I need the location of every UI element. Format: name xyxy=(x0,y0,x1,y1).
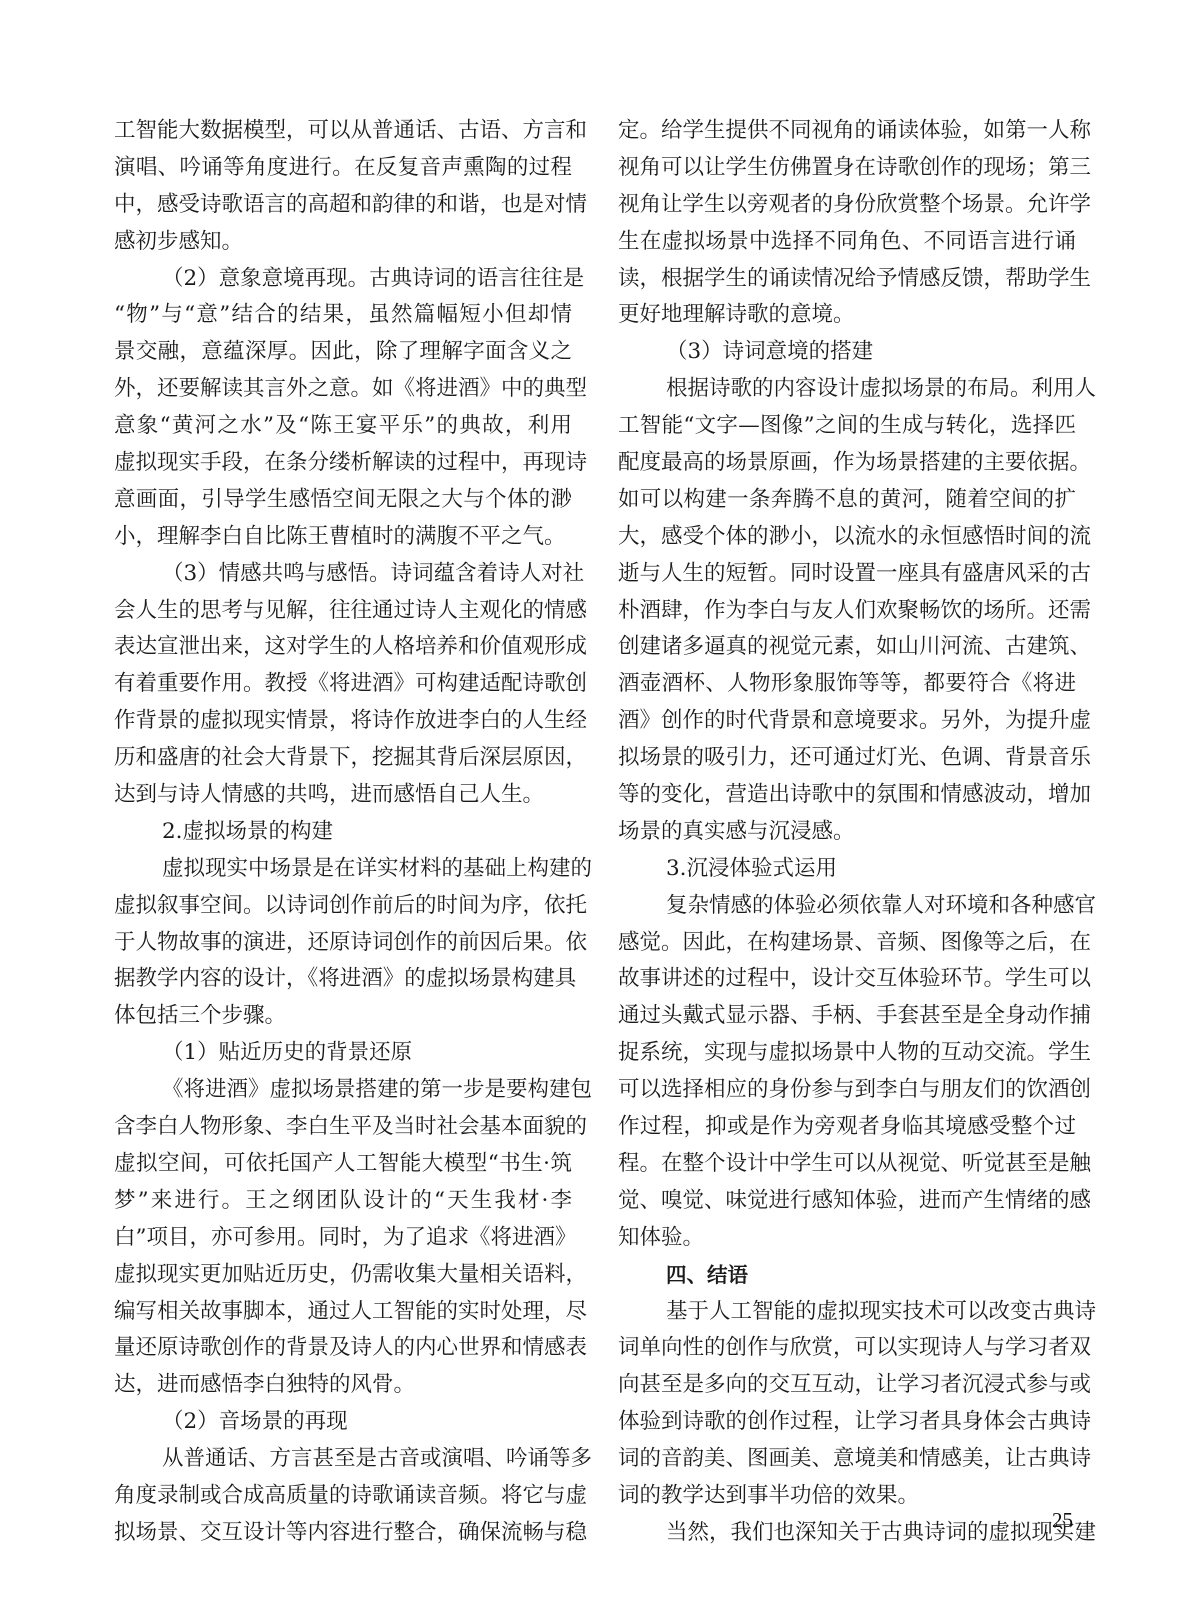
text-line: 可以选择相应的身份参与到李白与朋友们的饮酒创 xyxy=(618,1072,1076,1109)
text-line: 白”项目，亦可参用。同时，为了追求《将进酒》 xyxy=(114,1220,572,1257)
text-line: 大，感受个体的渺小，以流水的永恒感悟时间的流 xyxy=(618,519,1076,556)
text-line: 觉、嗅觉、味觉进行感知体验，进而产生情绪的感 xyxy=(618,1183,1076,1220)
text-line: 梦”来进行。王之纲团队设计的“天生我材·李 xyxy=(114,1183,572,1220)
text-line: 视角可以让学生仿佛置身在诗歌创作的现场；第三 xyxy=(618,150,1076,187)
text-line: 通过头戴式显示器、手柄、手套甚至是全身动作捕 xyxy=(618,998,1076,1035)
text-line: 虚拟空间，可依托国产人工智能大模型“书生·筑 xyxy=(114,1146,572,1183)
text-line: 拟场景的吸引力，还可通过灯光、色调、背景音乐 xyxy=(618,740,1076,777)
text-line: 词的音韵美、图画美、意境美和情感美，让古典诗 xyxy=(618,1441,1076,1478)
text-line: 编写相关故事脚本，通过人工智能的实时处理，尽 xyxy=(114,1294,572,1331)
text-line: 会人生的思考与见解，往往通过诗人主观化的情感 xyxy=(114,593,572,630)
text-line: 表达宣泄出来，这对学生的人格培养和价值观形成 xyxy=(114,629,572,666)
text-line: 作过程，抑或是作为旁观者身临其境感受整个过 xyxy=(618,1109,1076,1146)
paragraph-start-line: 复杂情感的体验必须依靠人对环境和各种感官 xyxy=(618,888,1076,925)
text-line: 知体验。 xyxy=(618,1220,1076,1257)
text-line: 故事讲述的过程中，设计交互体验环节。学生可以 xyxy=(618,961,1076,998)
text-line: 读，根据学生的诵读情况给予情感反馈，帮助学生 xyxy=(618,261,1076,298)
text-line: 程。在整个设计中学生可以从视觉、听觉甚至是触 xyxy=(618,1146,1076,1183)
text-line: 酒》创作的时代背景和意境要求。另外，为提升虚 xyxy=(618,703,1076,740)
paragraph-start-line: （2）意象意境再现。古典诗词的语言往往是 xyxy=(114,261,572,298)
paragraph-start-line: 根据诗歌的内容设计虚拟场景的布局。利用人 xyxy=(618,371,1076,408)
paragraph-start-line: 当然，我们也深知关于古典诗词的虚拟现实建 xyxy=(618,1515,1076,1552)
text-line: 逝与人生的短暂。同时设置一座具有盛唐风采的古 xyxy=(618,556,1076,593)
text-line: 虚拟叙事空间。以诗词创作前后的时间为序，依托 xyxy=(114,888,572,925)
section-heading: （1）贴近历史的背景还原 xyxy=(114,1035,572,1072)
section-heading: 四、结语 xyxy=(618,1257,1076,1294)
text-line: 虚拟现实更加贴近历史，仍需收集大量相关语料， xyxy=(114,1257,572,1294)
text-line: 词的教学达到事半功倍的效果。 xyxy=(618,1478,1076,1515)
text-line: 定。给学生提供不同视角的诵读体验，如第一人称 xyxy=(618,113,1076,150)
text-line: 外，还要解读其言外之意。如《将进酒》中的典型 xyxy=(114,371,572,408)
section-heading: （2）音场景的再现 xyxy=(114,1404,572,1441)
text-line: 角度录制或合成高质量的诗歌诵读音频。将它与虚 xyxy=(114,1478,572,1515)
text-line: 创建诸多逼真的视觉元素，如山川河流、古建筑、 xyxy=(618,629,1076,666)
paragraph-start-line: 《将进酒》虚拟场景搭建的第一步是要构建包 xyxy=(114,1072,572,1109)
text-line: 量还原诗歌创作的背景及诗人的内心世界和情感表 xyxy=(114,1330,572,1367)
text-line: 历和盛唐的社会大背景下，挖掘其背后深层原因， xyxy=(114,740,572,777)
text-line: 虚拟现实手段，在条分缕析解读的过程中，再现诗 xyxy=(114,445,572,482)
text-line: 达，进而感悟李白独特的风骨。 xyxy=(114,1367,572,1404)
section-heading: （3）诗词意境的搭建 xyxy=(618,334,1076,371)
text-line: 含李白人物形象、李白生平及当时社会基本面貌的 xyxy=(114,1109,572,1146)
text-line: 演唱、吟诵等角度进行。在反复音声熏陶的过程 xyxy=(114,150,572,187)
page-number: 25 xyxy=(1052,1508,1073,1533)
text-line: 生在虚拟场景中选择不同角色、不同语言进行诵 xyxy=(618,224,1076,261)
text-line: 视角让学生以旁观者的身份欣赏整个场景。允许学 xyxy=(618,187,1076,224)
text-line: 等的变化，营造出诗歌中的氛围和情感波动，增加 xyxy=(618,777,1076,814)
text-line: 体验到诗歌的创作过程，让学习者具身体会古典诗 xyxy=(618,1404,1076,1441)
paragraph-start-line: 从普通话、方言甚至是古音或演唱、吟诵等多 xyxy=(114,1441,572,1478)
text-line: 达到与诗人情感的共鸣，进而感悟自己人生。 xyxy=(114,777,572,814)
text-line: 工智能大数据模型，可以从普通话、古语、方言和 xyxy=(114,113,572,150)
text-line: 配度最高的场景原画，作为场景搭建的主要依据。 xyxy=(618,445,1076,482)
section-heading: 2.虚拟场景的构建 xyxy=(114,814,572,851)
text-line: 场景的真实感与沉浸感。 xyxy=(618,814,1076,851)
text-line: 体包括三个步骤。 xyxy=(114,998,572,1035)
text-line: 捉系统，实现与虚拟场景中人物的互动交流。学生 xyxy=(618,1035,1076,1072)
text-line: 如可以构建一条奔腾不息的黄河，随着空间的扩 xyxy=(618,482,1076,519)
text-line: 更好地理解诗歌的意境。 xyxy=(618,297,1076,334)
text-line: 于人物故事的演进，还原诗词创作的前因后果。依 xyxy=(114,925,572,962)
text-line: 意画面，引导学生感悟空间无限之大与个体的渺 xyxy=(114,482,572,519)
paragraph-start-line: （3）情感共鸣与感悟。诗词蕴含着诗人对社 xyxy=(114,556,572,593)
text-line: 朴酒肆，作为李白与友人们欢聚畅饮的场所。还需 xyxy=(618,593,1076,630)
text-line: “物”与“意”结合的结果，虽然篇幅短小但却情 xyxy=(114,297,572,334)
text-line: 有着重要作用。教授《将进酒》可构建适配诗歌创 xyxy=(114,666,572,703)
left-column: 工智能大数据模型，可以从普通话、古语、方言和演唱、吟诵等角度进行。在反复音声熏陶… xyxy=(114,113,572,1552)
text-line: 感觉。因此，在构建场景、音频、图像等之后，在 xyxy=(618,925,1076,962)
text-line: 工智能“文字—图像”之间的生成与转化，选择匹 xyxy=(618,408,1076,445)
paragraph-start-line: 基于人工智能的虚拟现实技术可以改变古典诗 xyxy=(618,1294,1076,1331)
right-column: 定。给学生提供不同视角的诵读体验，如第一人称视角可以让学生仿佛置身在诗歌创作的现… xyxy=(618,113,1076,1552)
text-line: 意象“黄河之水”及“陈王宴平乐”的典故，利用 xyxy=(114,408,572,445)
text-line: 词单向性的创作与欣赏，可以实现诗人与学习者双 xyxy=(618,1330,1076,1367)
text-line: 作背景的虚拟现实情景，将诗作放进李白的人生经 xyxy=(114,703,572,740)
text-line: 感初步感知。 xyxy=(114,224,572,261)
paragraph-start-line: 虚拟现实中场景是在详实材料的基础上构建的 xyxy=(114,851,572,888)
text-line: 拟场景、交互设计等内容进行整合，确保流畅与稳 xyxy=(114,1515,572,1552)
text-line: 小，理解李白自比陈王曹植时的满腹不平之气。 xyxy=(114,519,572,556)
text-line: 酒壶酒杯、人物形象服饰等等，都要符合《将进 xyxy=(618,666,1076,703)
section-heading: 3.沉浸体验式运用 xyxy=(618,851,1076,888)
text-line: 中，感受诗歌语言的高超和韵律的和谐，也是对情 xyxy=(114,187,572,224)
text-line: 据教学内容的设计，《将进酒》的虚拟场景构建具 xyxy=(114,961,572,998)
text-line: 景交融，意蕴深厚。因此，除了理解字面含义之 xyxy=(114,334,572,371)
text-line: 向甚至是多向的交互互动，让学习者沉浸式参与或 xyxy=(618,1367,1076,1404)
